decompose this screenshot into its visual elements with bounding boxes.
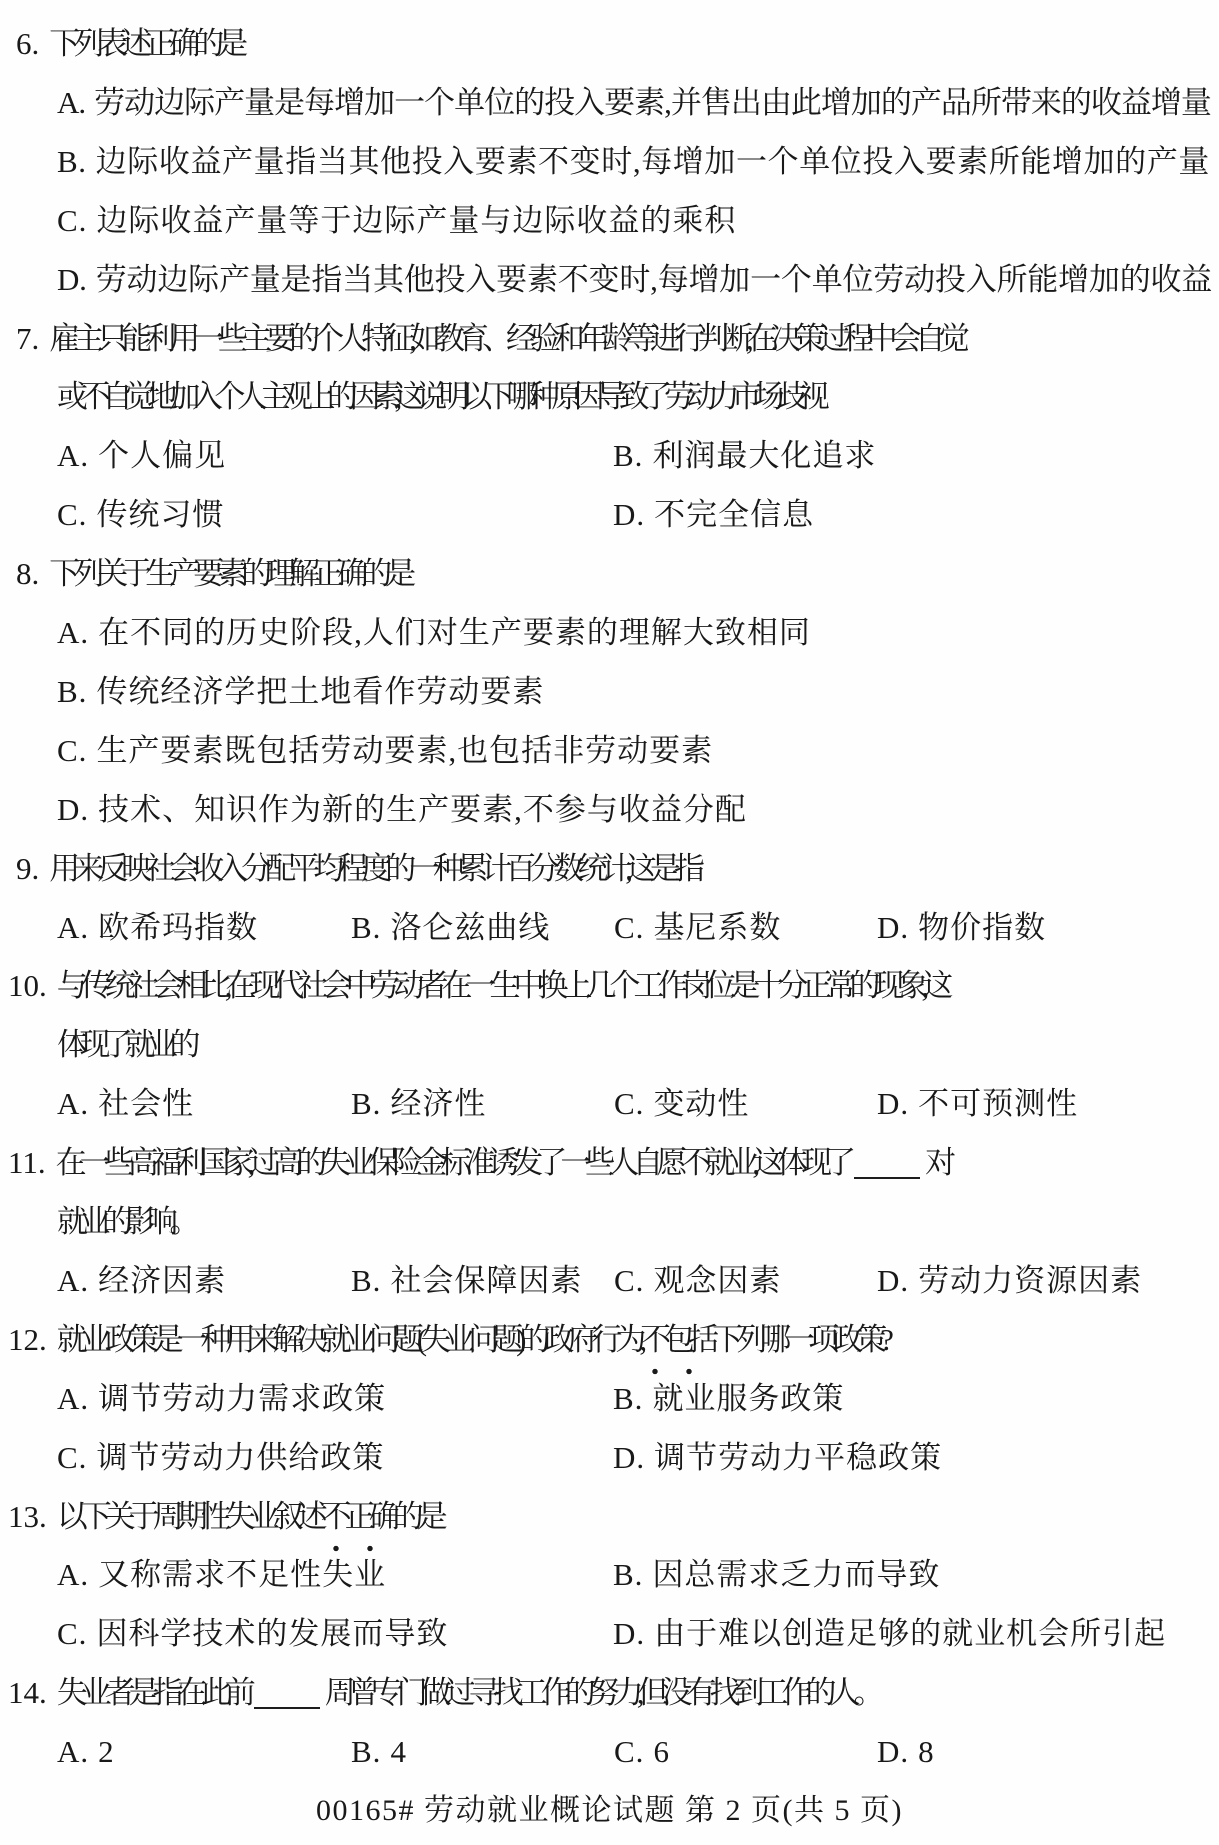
option: A.劳动边际产量是每增加一个单位的投入要素,并售出由此增加的产品所带来的收益增量 [57, 81, 1211, 125]
option-text: 观念因素 [653, 1263, 781, 1298]
option-label: D. [877, 910, 909, 945]
option: A.在不同的历史阶段,人们对生产要素的理解大致相同 [57, 611, 811, 655]
stem-text: 以下关于周期性失业叙述 [57, 1499, 321, 1534]
option-text: 在不同的历史阶段,人们对生产要素的理解大致相同 [98, 615, 811, 650]
option-label: B. [351, 1734, 381, 1769]
option: C.变动性 [614, 1082, 749, 1126]
option: B.经济性 [351, 1082, 486, 1126]
option: C.6 [614, 1730, 670, 1774]
option: B.利润最大化追求 [613, 434, 876, 478]
option-label: C. [57, 1616, 87, 1651]
option-label: A. [57, 1734, 89, 1769]
options-row: A.欧希玛指数B.洛仑兹曲线C.基尼系数D.物价指数 [0, 906, 1219, 956]
option-label: C. [614, 910, 644, 945]
option: C.传统习惯 [57, 493, 224, 537]
blank-underline [854, 1145, 920, 1179]
question-stem: 8.下列关于生产要素的理解正确的是 [0, 552, 1219, 602]
option-text: 6 [653, 1734, 670, 1769]
option-text: 生产要素既包括劳动要素,也包括非劳动要素 [96, 733, 713, 768]
stem-text: 的是 [393, 1499, 441, 1534]
option-text: 调节劳动力需求政策 [98, 1381, 386, 1416]
option-text: 欧希玛指数 [98, 910, 258, 945]
option-label: C. [614, 1086, 644, 1121]
option: A.2 [57, 1730, 115, 1774]
stem-text: 下列表述正确的是 [49, 26, 241, 61]
options-row: B.传统经济学把土地看作劳动要素 [0, 670, 1219, 720]
option-text: 经济因素 [98, 1263, 226, 1298]
option: C.生产要素既包括劳动要素,也包括非劳动要素 [57, 729, 713, 773]
option-label: D. [877, 1734, 909, 1769]
options-row: A.社会性B.经济性C.变动性D.不可预测性 [0, 1082, 1219, 1132]
option-text: 边际收益产量指当其他投入要素不变时,每增加一个单位投入要素所能增加的产量 [96, 144, 1210, 179]
option-label: B. [351, 1086, 381, 1121]
stem-text: 就业的影响。 [57, 1204, 192, 1239]
option-text: 调节劳动力供给政策 [96, 1440, 384, 1475]
question-continuation: 就业的影响。 [0, 1200, 1219, 1250]
option: D.物价指数 [877, 906, 1046, 950]
options-row: A.个人偏见B.利润最大化追求 [0, 434, 1219, 484]
option-label: D. [877, 1086, 909, 1121]
option-label: D. [57, 792, 89, 827]
stem-text: 失业者是指在此前 [57, 1675, 249, 1710]
option: C.观念因素 [614, 1259, 781, 1303]
option-text: 经济性 [390, 1086, 486, 1121]
option-label: B. [57, 674, 87, 709]
stem-text: 在一些高福利国家,过高的失业保险金标准诱发了一些人自愿不就业,这体现了 [56, 1145, 850, 1180]
option: B.社会保障因素 [351, 1259, 582, 1303]
option-text: 2 [98, 1734, 115, 1769]
option-label: D. [57, 262, 87, 297]
option-label: D. [613, 1440, 645, 1475]
question-number: 11. [8, 1141, 46, 1185]
option: D.调节劳动力平稳政策 [613, 1436, 942, 1480]
option-label: A. [57, 85, 85, 120]
option: A.经济因素 [57, 1259, 226, 1303]
option-label: C. [614, 1263, 644, 1298]
stem-text: 雇主只能利用一些主要的个人特征,如教育、经验和年龄等进行判断,在决策过程中会自觉 [49, 321, 963, 356]
stem-text: 用来反映社会收入分配平均程度的一种累计百分数统计,这是指 [49, 851, 698, 886]
options-row: C.传统习惯D.不完全信息 [0, 493, 1219, 543]
option: D.不完全信息 [613, 493, 814, 537]
option-label: A. [57, 615, 89, 650]
stem-text: 或不自觉地加入个人主观上的因素,这说明以下哪种原因导致了劳动力市场歧视 [57, 379, 821, 414]
option-label: D. [613, 497, 645, 532]
option-text: 传统经济学把土地看作劳动要素 [96, 674, 544, 709]
option-label: A. [57, 910, 89, 945]
option: A.又称需求不足性失业 [57, 1553, 386, 1597]
option-label: B. [613, 1381, 643, 1416]
question-continuation: 或不自觉地加入个人主观上的因素,这说明以下哪种原因导致了劳动力市场歧视 [0, 375, 1219, 425]
question-number: 6. [16, 22, 39, 66]
option-text: 利润最大化追求 [652, 438, 876, 473]
option-text: 又称需求不足性失业 [98, 1557, 386, 1592]
stem-text: 周曾专门做过寻找工作的努力,但没有找到工作的人。 [325, 1675, 878, 1710]
option-text: 社会性 [98, 1086, 194, 1121]
option-label: B. [57, 144, 87, 179]
options-row: C.调节劳动力供给政策D.调节劳动力平稳政策 [0, 1436, 1219, 1486]
emphasized-text: 不包括 [640, 1318, 712, 1375]
option-text: 劳动力资源因素 [918, 1263, 1142, 1298]
option: A.社会性 [57, 1082, 194, 1126]
option: A.欧希玛指数 [57, 906, 258, 950]
option-label: A. [57, 1086, 89, 1121]
options-row: B.边际收益产量指当其他投入要素不变时,每增加一个单位投入要素所能增加的产量 [0, 140, 1219, 190]
option-text: 由于难以创造足够的就业机会所引起 [654, 1616, 1166, 1651]
options-row: D.劳动边际产量是指当其他投入要素不变时,每增加一个单位劳动投入所能增加的收益 [0, 258, 1219, 308]
question-stem: 13.以下关于周期性失业叙述不正确的是 [0, 1495, 1219, 1545]
option-label: C. [614, 1734, 644, 1769]
page: 6.下列表述正确的是A.劳动边际产量是每增加一个单位的投入要素,并售出由此增加的… [0, 0, 1219, 1845]
option: D.由于难以创造足够的就业机会所引起 [613, 1612, 1166, 1656]
question-continuation: 体现了就业的 [0, 1023, 1219, 1073]
option-text: 边际收益产量等于边际产量与边际收益的乘积 [96, 203, 736, 238]
option-text: 不完全信息 [654, 497, 814, 532]
option-text: 劳动边际产量是每增加一个单位的投入要素,并售出由此增加的产品所带来的收益增量 [94, 85, 1211, 120]
stem-text: 与传统社会相比,在现代社会中劳动者在一生中换上几个工作岗位是十分正常的现象,这 [57, 968, 947, 1003]
option-text: 变动性 [653, 1086, 749, 1121]
question-stem: 14.失业者是指在此前周曾专门做过寻找工作的努力,但没有找到工作的人。 [0, 1671, 1219, 1721]
emphasized-text: 不正确 [321, 1495, 393, 1552]
option-label: A. [57, 438, 89, 473]
stem-text: 下列哪一项政策? [712, 1322, 887, 1357]
options-row: A.2B.4C.6D.8 [0, 1730, 1219, 1780]
question-stem: 9.用来反映社会收入分配平均程度的一种累计百分数统计,这是指 [0, 847, 1219, 897]
options-row: C.因科学技术的发展而导致D.由于难以创造足够的就业机会所引起 [0, 1612, 1219, 1662]
stem-text: 就业政策是一种用来解决就业问题(失业问题)的政府行为, [57, 1322, 640, 1357]
option-label: A. [57, 1381, 89, 1416]
option-label: B. [351, 1263, 381, 1298]
question-number: 8. [16, 552, 39, 596]
options-row: A.调节劳动力需求政策B.就业服务政策 [0, 1377, 1219, 1427]
option-label: A. [57, 1557, 89, 1592]
options-row: A.劳动边际产量是每增加一个单位的投入要素,并售出由此增加的产品所带来的收益增量 [0, 81, 1219, 131]
option-text: 传统习惯 [96, 497, 224, 532]
options-row: A.又称需求不足性失业B.因总需求乏力而导致 [0, 1553, 1219, 1603]
question-stem: 10.与传统社会相比,在现代社会中劳动者在一生中换上几个工作岗位是十分正常的现象… [0, 964, 1219, 1014]
option: D.劳动边际产量是指当其他投入要素不变时,每增加一个单位劳动投入所能增加的收益 [57, 258, 1212, 302]
option: B.传统经济学把土地看作劳动要素 [57, 670, 544, 714]
option-label: C. [57, 1440, 87, 1475]
option-text: 因总需求乏力而导致 [652, 1557, 940, 1592]
option: D.劳动力资源因素 [877, 1259, 1142, 1303]
option-text: 8 [918, 1734, 935, 1769]
option: A.调节劳动力需求政策 [57, 1377, 386, 1421]
question-number: 14. [8, 1671, 47, 1715]
option-text: 不可预测性 [918, 1086, 1078, 1121]
option: D.8 [877, 1730, 935, 1774]
question-number: 13. [8, 1495, 47, 1539]
option-text: 4 [390, 1734, 407, 1769]
option: C.边际收益产量等于边际产量与边际收益的乘积 [57, 199, 736, 243]
option-label: A. [57, 1263, 89, 1298]
question-number: 9. [16, 847, 39, 891]
page-footer: 00165# 劳动就业概论试题 第 2 页(共 5 页) [0, 1789, 1219, 1833]
options-row: C.边际收益产量等于边际产量与边际收益的乘积 [0, 199, 1219, 249]
question-number: 7. [16, 317, 39, 361]
option-text: 物价指数 [918, 910, 1046, 945]
option: C.基尼系数 [614, 906, 781, 950]
option: B.因总需求乏力而导致 [613, 1553, 940, 1597]
option-text: 社会保障因素 [390, 1263, 582, 1298]
option-label: B. [613, 1557, 643, 1592]
option-text: 劳动边际产量是指当其他投入要素不变时,每增加一个单位劳动投入所能增加的收益 [96, 262, 1212, 297]
option-text: 就业服务政策 [652, 1381, 844, 1416]
option-label: D. [613, 1616, 645, 1651]
option-text: 洛仑兹曲线 [390, 910, 550, 945]
options-row: A.在不同的历史阶段,人们对生产要素的理解大致相同 [0, 611, 1219, 661]
option-text: 技术、知识作为新的生产要素,不参与收益分配 [98, 792, 747, 827]
option: B.洛仑兹曲线 [351, 906, 550, 950]
option-text: 个人偏见 [98, 438, 226, 473]
option: D.技术、知识作为新的生产要素,不参与收益分配 [57, 788, 747, 832]
question-stem: 11.在一些高福利国家,过高的失业保险金标准诱发了一些人自愿不就业,这体现了对 [0, 1141, 1219, 1191]
options-row: C.生产要素既包括劳动要素,也包括非劳动要素 [0, 729, 1219, 779]
stem-text: 下列关于生产要素的理解正确的是 [49, 556, 409, 591]
question-number: 12. [8, 1318, 47, 1362]
option-label: D. [877, 1263, 909, 1298]
stem-text: 体现了就业的 [57, 1027, 192, 1062]
question-stem: 7.雇主只能利用一些主要的个人特征,如教育、经验和年龄等进行判断,在决策过程中会… [0, 317, 1219, 367]
option-label: C. [57, 497, 87, 532]
stem-text: 对 [925, 1145, 949, 1180]
options-row: D.技术、知识作为新的生产要素,不参与收益分配 [0, 788, 1219, 838]
option-label: C. [57, 203, 87, 238]
option-text: 基尼系数 [653, 910, 781, 945]
option-label: B. [351, 910, 381, 945]
blank-underline [254, 1675, 320, 1709]
question-stem: 6.下列表述正确的是 [0, 22, 1219, 72]
option: B.边际收益产量指当其他投入要素不变时,每增加一个单位投入要素所能增加的产量 [57, 140, 1210, 184]
option: B.就业服务政策 [613, 1377, 844, 1421]
option: B.4 [351, 1730, 407, 1774]
option-label: B. [613, 438, 643, 473]
option: C.因科学技术的发展而导致 [57, 1612, 448, 1656]
option: C.调节劳动力供给政策 [57, 1436, 384, 1480]
question-stem: 12.就业政策是一种用来解决就业问题(失业问题)的政府行为,不包括下列哪一项政策… [0, 1318, 1219, 1368]
option: D.不可预测性 [877, 1082, 1078, 1126]
question-number: 10. [8, 964, 47, 1008]
option-label: C. [57, 733, 87, 768]
option: A.个人偏见 [57, 434, 226, 478]
options-row: A.经济因素B.社会保障因素C.观念因素D.劳动力资源因素 [0, 1259, 1219, 1309]
option-text: 因科学技术的发展而导致 [96, 1616, 448, 1651]
option-text: 调节劳动力平稳政策 [654, 1440, 942, 1475]
